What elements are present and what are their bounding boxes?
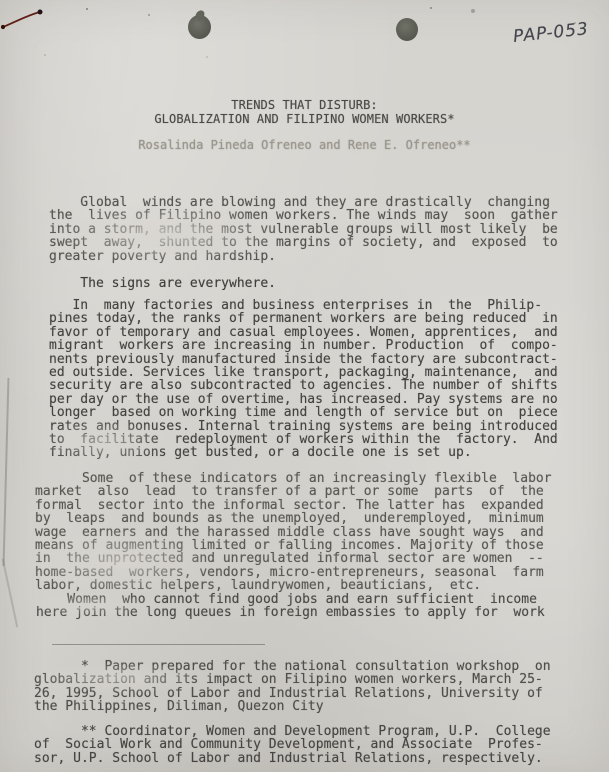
footnote-2: ** Coordinator, Women and Development Pr… <box>34 725 551 765</box>
paper-byline: Rosalinda Pineda Ofreneo and Rene E. Ofr… <box>0 139 609 152</box>
paragraph-4: Some of these indicators of an increasin… <box>35 472 552 593</box>
paragraph-1: Global winds are blowing and they are dr… <box>49 196 558 263</box>
paper-title: TRENDS THAT DISTURB: GLOBALIZATION AND F… <box>0 99 609 126</box>
title-line-2: GLOBALIZATION AND FILIPINO WOMEN WORKERS… <box>0 113 609 127</box>
scanned-page: PAP-053 TRENDS THAT DISTURB: GLOBALIZATI… <box>0 0 609 772</box>
pen-mark <box>0 2 52 36</box>
fastener-hole-left <box>188 15 211 39</box>
crease-line <box>3 378 10 566</box>
paragraph-5: Women who cannot find good jobs and earn… <box>36 593 545 620</box>
dust-specks <box>86 8 88 10</box>
footnote-1: * Paper prepared for the national consul… <box>34 660 551 714</box>
paragraph-3: In many factories and business enterpris… <box>49 299 558 460</box>
paragraph-2: The signs are everywhere. <box>49 277 276 290</box>
title-line-1: TRENDS THAT DISTURB: <box>0 99 609 113</box>
handwritten-code: PAP-053 <box>512 17 609 47</box>
crease-line <box>2 559 19 628</box>
footnote-separator <box>52 644 265 645</box>
fastener-hole-right <box>396 18 418 41</box>
